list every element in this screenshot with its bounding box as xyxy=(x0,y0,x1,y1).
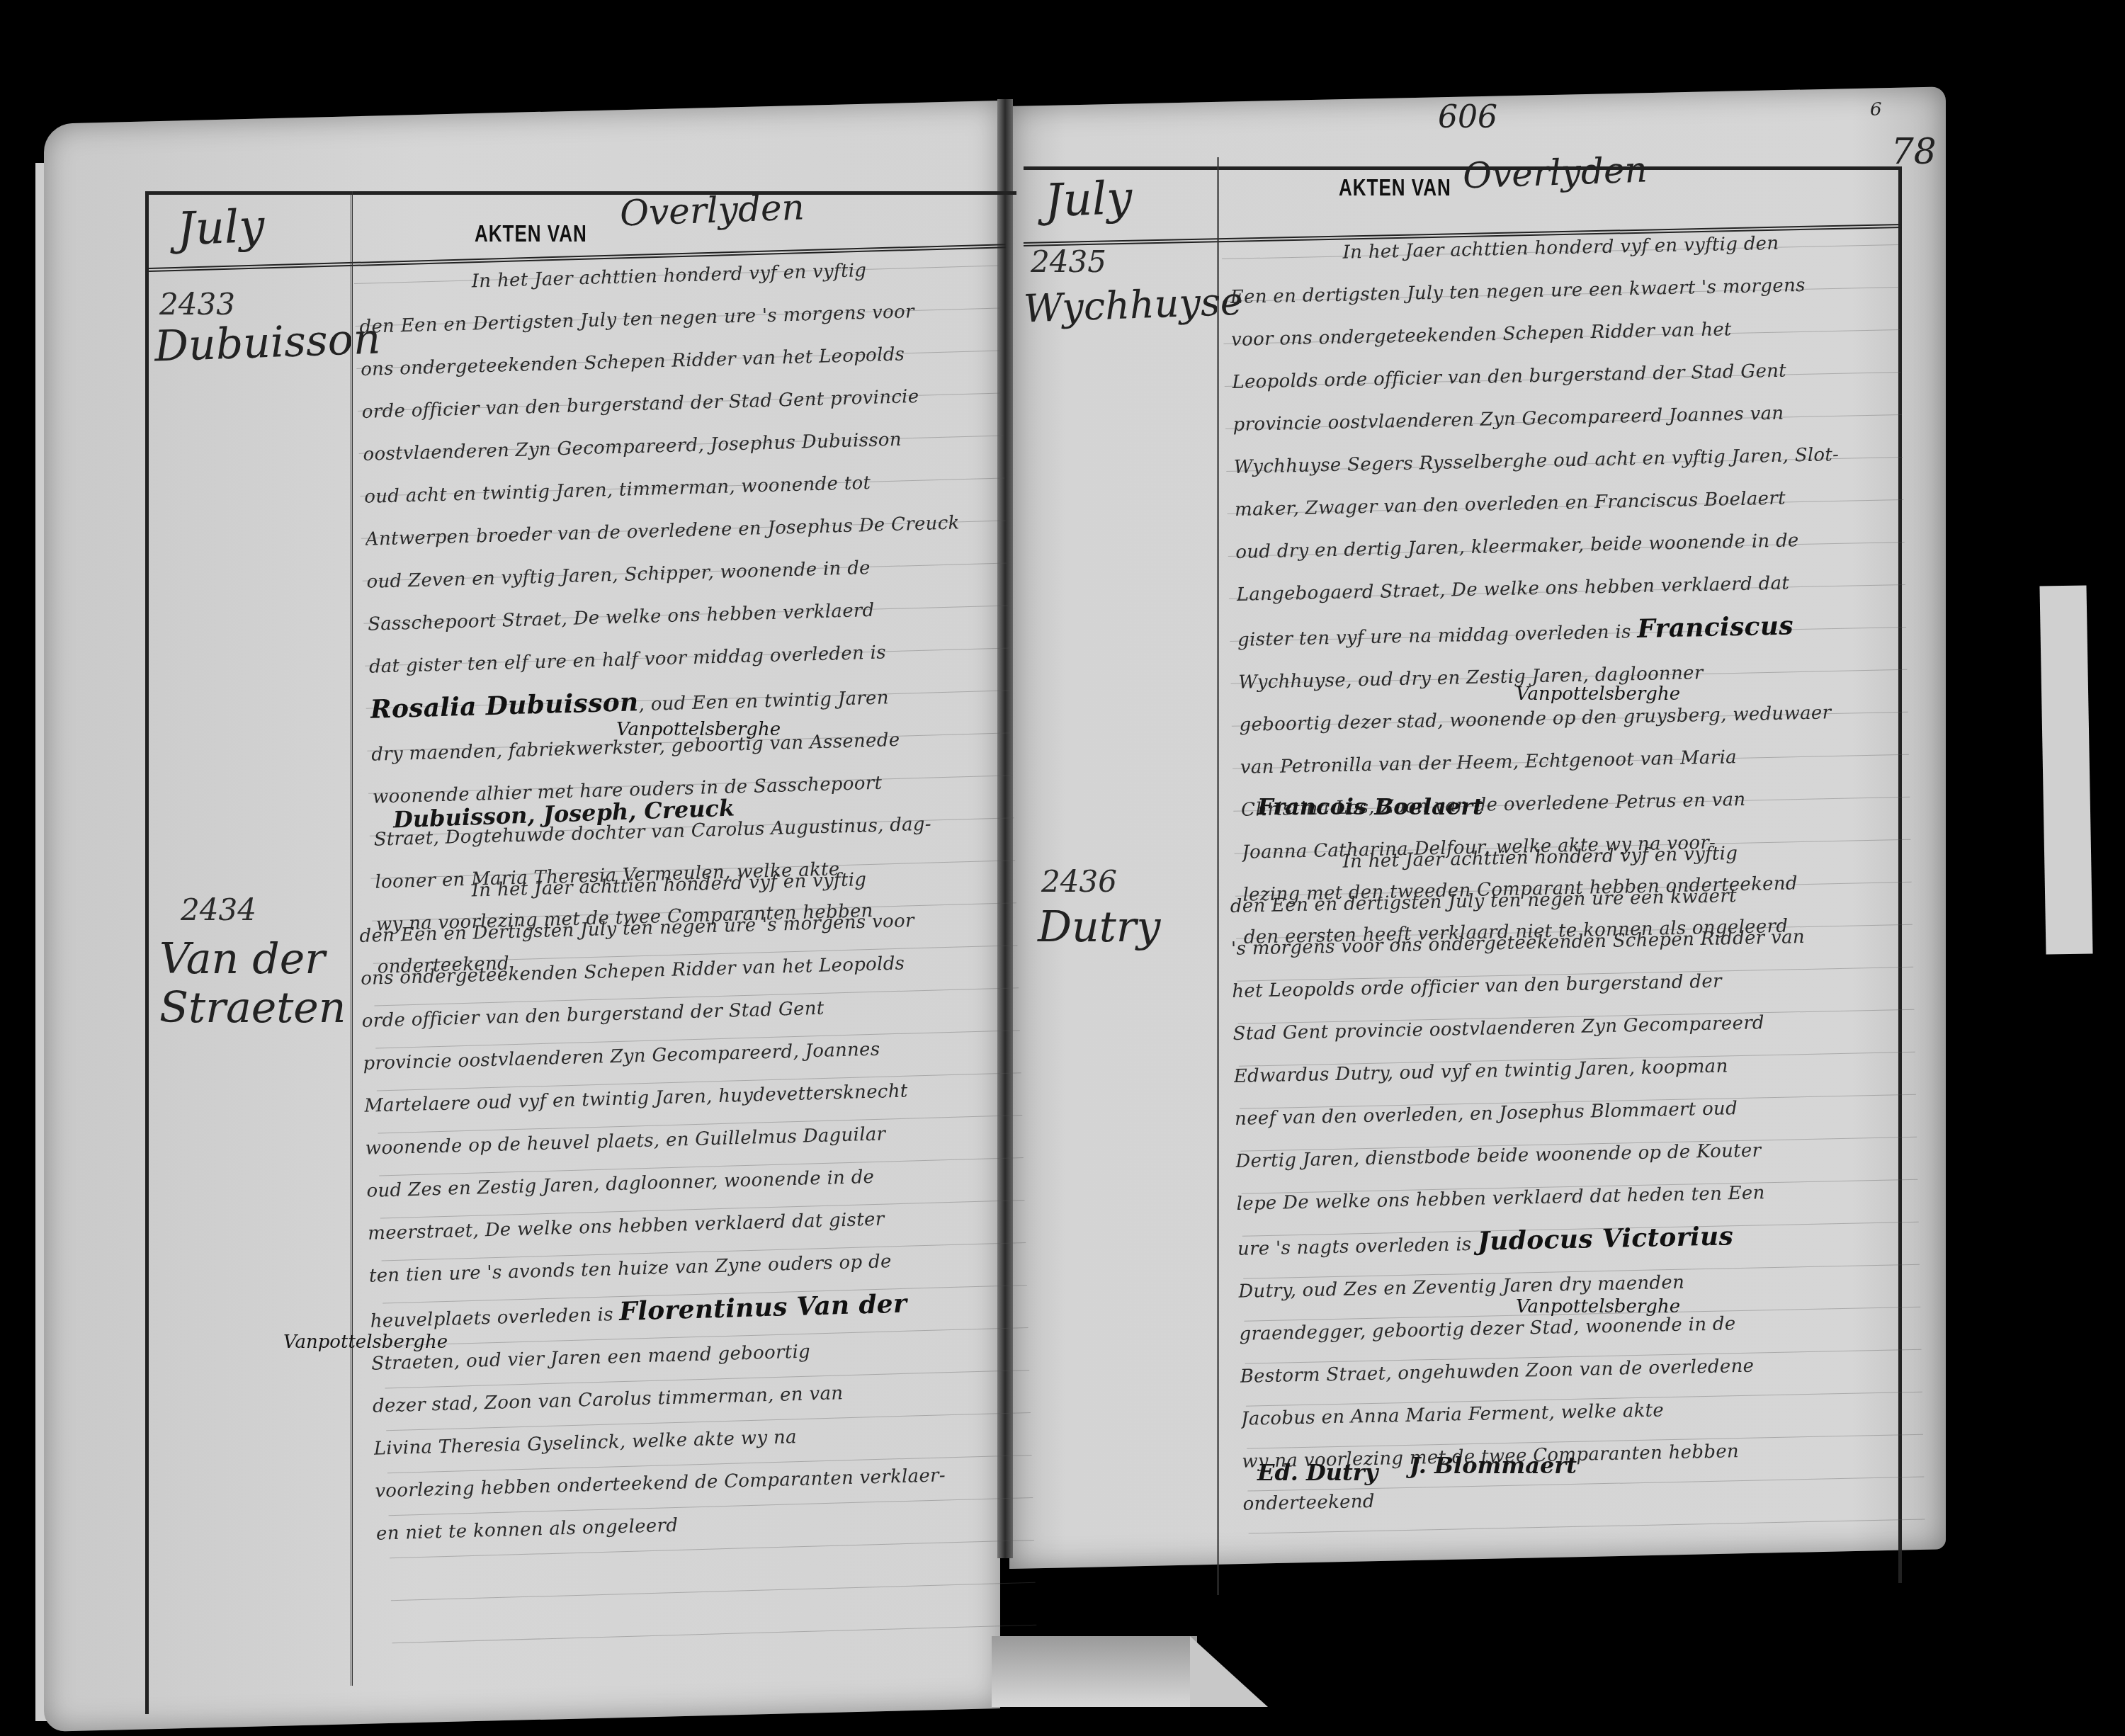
entry-number-2434: 2434 xyxy=(181,892,256,927)
scanner-base-wedge xyxy=(1190,1636,1268,1707)
entry-surname-wychhuyse: Wychhuyse xyxy=(1023,280,1244,331)
deceased-name: Franciscus xyxy=(1637,611,1793,644)
left-margin-column-rule xyxy=(351,191,353,1686)
left-akten-van-label: AKTEN VAN xyxy=(475,220,587,248)
left-record-type: Overlyden xyxy=(619,186,805,234)
witness-signature-2435: Francois Boelaert xyxy=(1257,793,1483,820)
official-signature-2436: Vanpottelsberghe xyxy=(1516,1296,1680,1317)
deceased-name: Judocus Victorius xyxy=(1478,1221,1734,1256)
paper-tab-strip xyxy=(2039,585,2092,954)
witness-signature-blommaert: J. Blommaert xyxy=(1410,1452,1577,1479)
entry-number-2435: 2435 xyxy=(1031,244,1106,279)
ruled-line xyxy=(391,1582,1036,1601)
entry-surname-dubuisson: Dubuisson xyxy=(154,314,382,371)
left-month-label: July xyxy=(176,200,266,256)
right-record-type: Overlyden xyxy=(1462,149,1648,196)
scanned-register-spread: July AKTEN VAN Overlyden 2433 Dubuisson … xyxy=(0,0,2125,1736)
ruled-line xyxy=(392,1625,1037,1643)
right-margin-column-rule xyxy=(1217,157,1219,1595)
folio-number: 606 xyxy=(1438,99,1497,135)
entry-body-2436: In het Jaer achttien honderd vyf en vyft… xyxy=(1229,829,1902,1526)
entry-surname-van-der-straeten: Van der Straeten xyxy=(159,935,344,1033)
entry-body-2434: In het Jaer achttien honderd vyf en vyft… xyxy=(358,855,1000,1555)
official-signature-2433: Vanpottelsberghe xyxy=(616,719,781,740)
corner-mark-6: 6 xyxy=(1870,99,1882,120)
right-month-label: July xyxy=(1044,172,1133,227)
entry-surname-dutry: Dutry xyxy=(1038,903,1160,952)
deceased-name: Rosalia Dubuisson xyxy=(370,687,639,725)
witness-signature-dutry: Ed. Dutry xyxy=(1257,1459,1378,1486)
entry-number-2436: 2436 xyxy=(1041,864,1117,899)
official-signature-2435: Vanpottelsberghe xyxy=(1516,683,1680,705)
right-akten-van-label: AKTEN VAN xyxy=(1339,174,1451,202)
official-signature-2434: Vanpottelsberghe xyxy=(283,1332,448,1353)
deceased-name: Florentinus Van der xyxy=(619,1289,907,1327)
entry-number-2433: 2433 xyxy=(159,287,235,322)
